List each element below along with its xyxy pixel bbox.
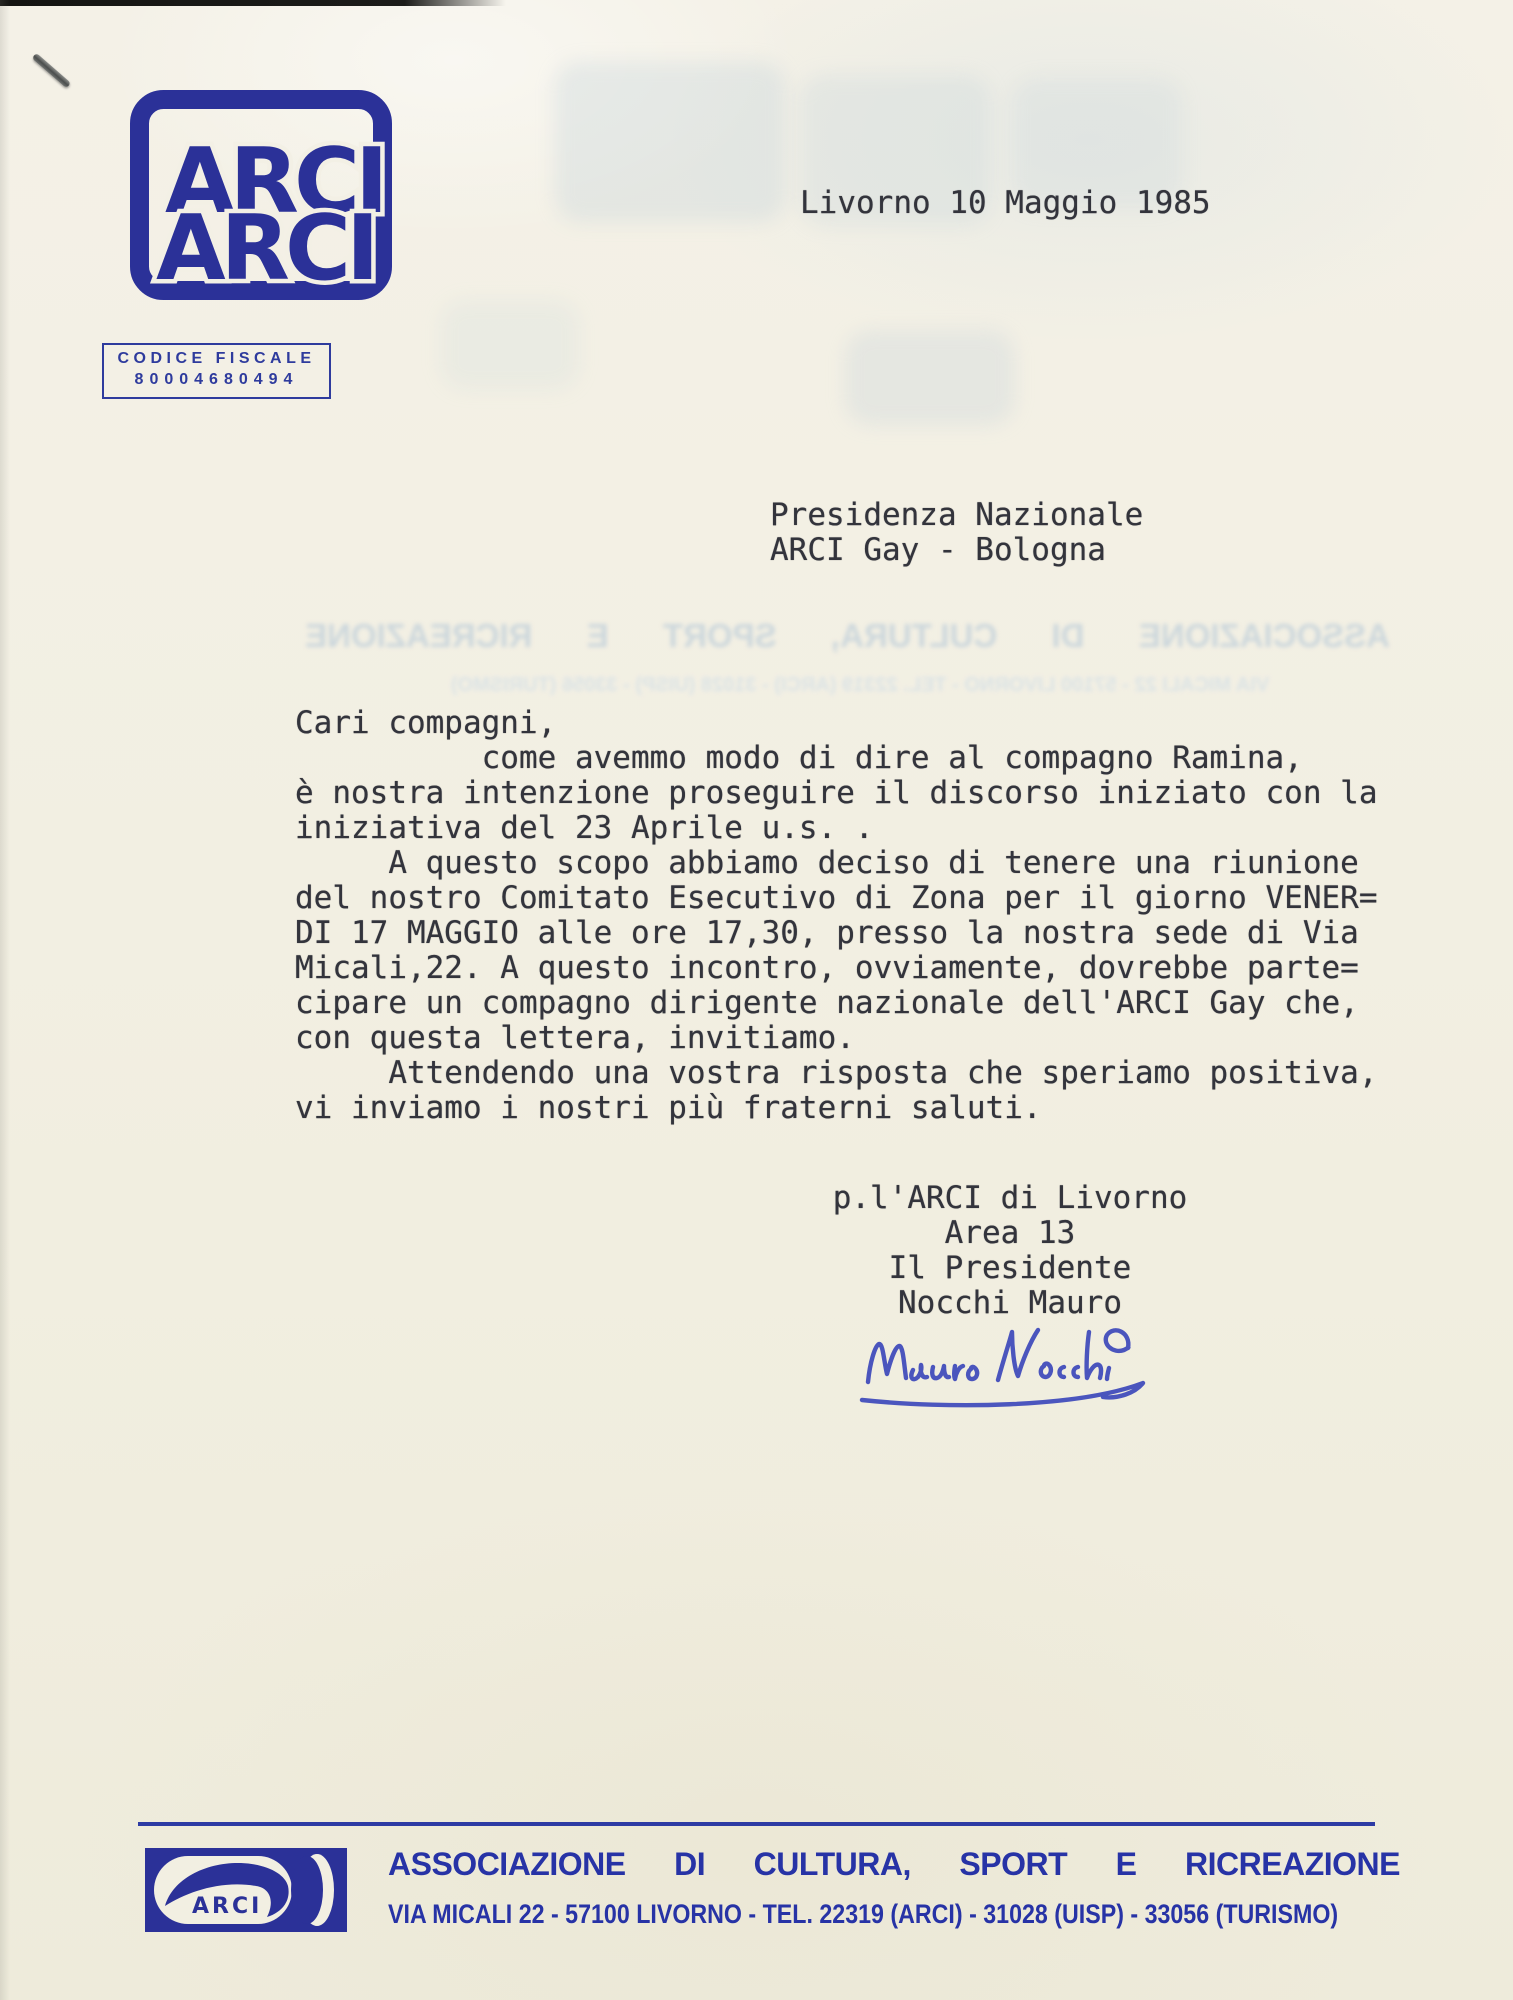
footer-address-line: VIA MICALI 22 - 57100 LIVORNO - TEL. 223… <box>388 1899 1338 1930</box>
body-line: vi inviamo i nostri più fraterni saluti. <box>295 1091 1378 1126</box>
footer-word: RICREAZIONE <box>1185 1846 1400 1883</box>
body-line: del nostro Comitato Esecutivo di Zona pe… <box>295 881 1378 916</box>
codice-fiscale-value: 80004680494 <box>104 371 329 389</box>
signature-block: p.l'ARCI di Livorno Area 13 Il President… <box>815 1181 1205 1321</box>
body-line: Attendendo una vostra risposta che speri… <box>295 1056 1378 1091</box>
body-line: A questo scopo abbiamo deciso di tenere … <box>295 846 1378 881</box>
handwritten-signature <box>852 1316 1152 1412</box>
ghost-word: ASSOCIAZIONE <box>1139 617 1390 655</box>
ghost-word: SPORT <box>663 617 777 655</box>
recipient-block: Presidenza Nazionale ARCI Gay - Bologna <box>770 498 1143 568</box>
body-line: con questa lettera, invitiamo. <box>295 1021 1378 1056</box>
body-line: iniziativa del 23 Aprile u.s. . <box>295 811 1378 846</box>
footer-word: SPORT <box>959 1846 1067 1883</box>
ghost-footer-line1: ASSOCIAZIONE DI CULTURA, SPORT E RICREAZ… <box>305 617 1390 655</box>
body-line: Micali,22. A questo incontro, ovviamente… <box>295 951 1378 986</box>
signature-line: p.l'ARCI di Livorno <box>815 1181 1205 1216</box>
ghost-bleedthrough-blob <box>440 300 580 390</box>
ghost-word: DI <box>1052 617 1085 655</box>
codice-fiscale-box: CODICE FISCALE 80004680494 <box>102 343 331 399</box>
ghost-word: E <box>587 617 609 655</box>
body-line: come avemmo modo di dire al compagno Ram… <box>295 741 1378 776</box>
arci-footer-logo-text: ARCI <box>192 1894 262 1919</box>
ghost-bleedthrough-blob <box>555 62 785 222</box>
footer-word: DI <box>674 1846 705 1883</box>
ghost-footer-line2: VIA MICALI 22 - 57100 LIVORNO - TEL. 223… <box>425 674 1295 697</box>
arci-header-logo: ARCI ARCI <box>126 86 396 308</box>
footer-word: ASSOCIAZIONE <box>388 1846 626 1883</box>
scan-top-edge <box>0 0 506 6</box>
body-line: cipare un compagno dirigente nazionale d… <box>295 986 1378 1021</box>
footer-word: E <box>1116 1846 1137 1883</box>
recipient-line: Presidenza Nazionale <box>770 498 1143 533</box>
body-line: è nostra intenzione proseguire il discor… <box>295 776 1378 811</box>
footer-address-line-wrap: VIA MICALI 22 - 57100 LIVORNO - TEL. 223… <box>388 1899 1400 1930</box>
scanned-letter-page: ARCI ARCI CODICE FISCALE 80004680494 Liv… <box>0 0 1513 2000</box>
footer-association-line: ASSOCIAZIONE DI CULTURA, SPORT E RICREAZ… <box>388 1846 1400 1883</box>
ghost-address: VIA MICALI 22 - 57100 LIVORNO - TEL. 223… <box>451 674 1269 697</box>
date-line: Livorno 10 Maggio 1985 <box>800 186 1211 221</box>
codice-fiscale-label: CODICE FISCALE <box>104 350 329 368</box>
ghost-word: RICREAZIONE <box>305 617 532 655</box>
signature-line: Area 13 <box>815 1216 1205 1251</box>
signature-line: Il Presidente <box>815 1251 1205 1286</box>
footer-divider-rule <box>138 1822 1375 1826</box>
footer-word: CULTURA, <box>754 1846 911 1883</box>
ghost-word: CULTURA, <box>831 617 997 655</box>
letter-body: Cari compagni, come avemmo modo di dire … <box>295 706 1378 1126</box>
recipient-line: ARCI Gay - Bologna <box>770 533 1143 568</box>
ghost-bleedthrough-blob <box>845 330 1015 425</box>
arci-footer-logo: ARCI <box>145 1848 347 1932</box>
scan-left-edge <box>0 0 10 2000</box>
arci-logo-text-bottom: ARCI <box>156 196 375 301</box>
staple-icon <box>32 53 71 88</box>
body-line: Cari compagni, <box>295 706 1378 741</box>
body-line: DI 17 MAGGIO alle ore 17,30, presso la n… <box>295 916 1378 951</box>
